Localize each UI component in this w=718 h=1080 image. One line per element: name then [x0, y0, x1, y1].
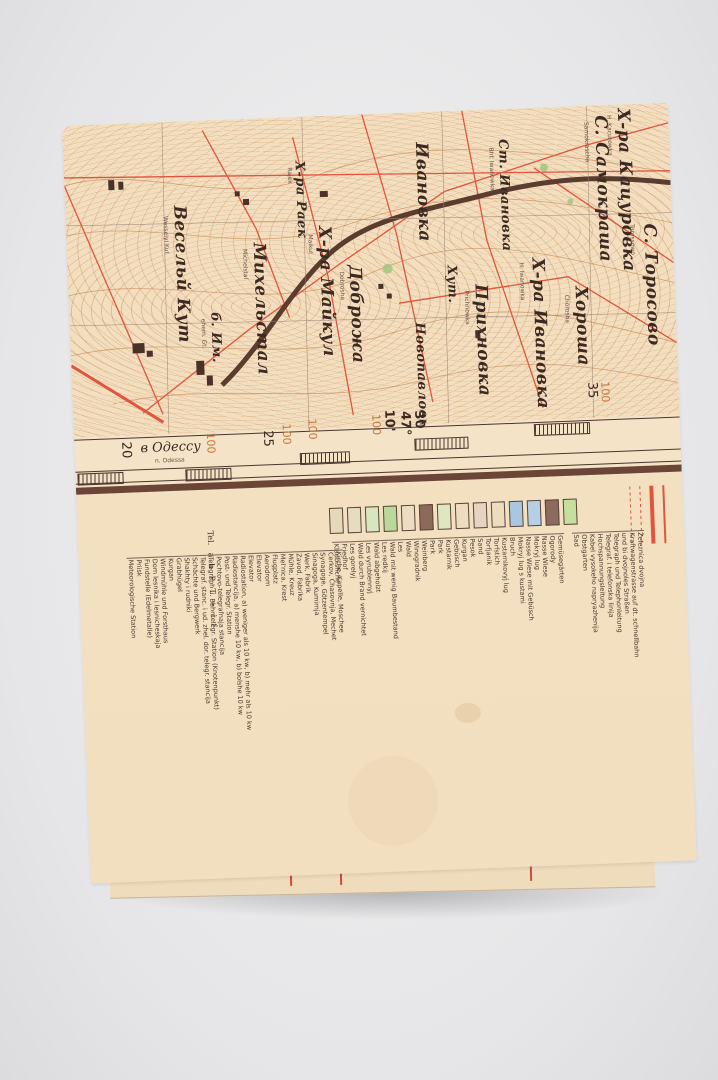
swatch-nasse-wiese-gebusch	[509, 501, 524, 528]
graduated-scale-bar	[77, 472, 123, 486]
latitude-label: 47°	[397, 411, 413, 436]
swatch-gebusch	[437, 503, 452, 530]
paper-stain	[454, 702, 481, 723]
legend-road-symbol	[662, 485, 666, 543]
swatch-wald-brand	[347, 507, 362, 534]
place-label: Прихновка	[470, 284, 494, 397]
place-label: Х-ра Раек	[292, 161, 310, 239]
graduated-scale-bar	[534, 422, 590, 436]
place-sublabel: ehem. Gt.	[200, 319, 208, 349]
place-sublabel: Torossowo	[628, 224, 636, 255]
minutes-label: 10'	[381, 409, 397, 432]
paper-stain	[346, 754, 439, 847]
place-sublabel: Samokrascha	[582, 122, 591, 163]
swatch-wald-abgeholzt	[365, 506, 380, 533]
folded-map-sheet: Х-ра Кацуровка H. Kacurowka С. Самокраша…	[62, 103, 697, 884]
place-label: Ивановка	[411, 142, 435, 242]
legend-header-column: Železnica dvojna Kraftwagenstrasse auf d…	[572, 530, 649, 660]
grid-easting-label: 30	[411, 410, 427, 429]
place-label: б. Им.	[207, 312, 224, 363]
legend-swatch-row	[329, 499, 578, 535]
swatch-obstgarten	[563, 499, 578, 526]
elevation-label: 100	[305, 418, 319, 439]
place-sublabel: Rajek	[286, 167, 294, 184]
direction-label: в Одессу	[140, 439, 201, 456]
swatch-weinberg	[401, 505, 416, 532]
elevation-label: 100	[598, 381, 612, 402]
elevation-label: 100	[369, 414, 383, 435]
place-sublabel: Michelstal	[241, 249, 249, 279]
graduated-scale-bar	[185, 468, 231, 482]
swatch-sand	[455, 503, 470, 530]
place-sublabel: H. Iwanowka	[518, 262, 526, 300]
swatch-park	[419, 504, 434, 531]
legend-vegetation-column: Gemüsegärten Ogorody Nasse Wiese Mokryj …	[332, 533, 568, 641]
grid-easting-label: 25	[260, 430, 276, 447]
direction-sublabel: n. Odessa	[155, 457, 185, 465]
legend-building-column: Kirche, Kapelle, Moschee Cerkov, Chasovn…	[127, 550, 350, 735]
swatch-wald	[383, 505, 398, 532]
place-sublabel: Prichnowka	[463, 290, 471, 324]
legend-symbol: Tel.	[206, 530, 216, 545]
elevation-label: 100	[280, 423, 294, 444]
place-sublabel: Dobrosha	[338, 271, 346, 300]
place-sublabel: Maikul	[306, 234, 314, 254]
place-label: Хут.	[444, 265, 460, 304]
place-label: Доброжа	[345, 264, 369, 363]
grid-easting-label: 20	[118, 442, 134, 459]
swatch-nasse-wiese	[527, 500, 542, 527]
graduated-scale-bar	[300, 451, 350, 465]
place-sublabel: Chorosha	[563, 295, 571, 324]
swatch-gemusegarten	[545, 499, 560, 526]
swatch-torf	[473, 502, 488, 529]
map-legend-panel: Železnica dvojna Kraftwagenstrasse auf d…	[76, 474, 696, 883]
graduated-scale-bar	[414, 437, 468, 451]
place-sublabel: Wesselyi Kut	[162, 216, 170, 254]
elevation-label: 100	[204, 432, 218, 453]
legend-main-road-symbol	[649, 486, 655, 544]
swatch-friedhof	[329, 507, 344, 534]
place-label: Хорошa	[571, 286, 594, 366]
swatch-bruch	[491, 501, 506, 528]
